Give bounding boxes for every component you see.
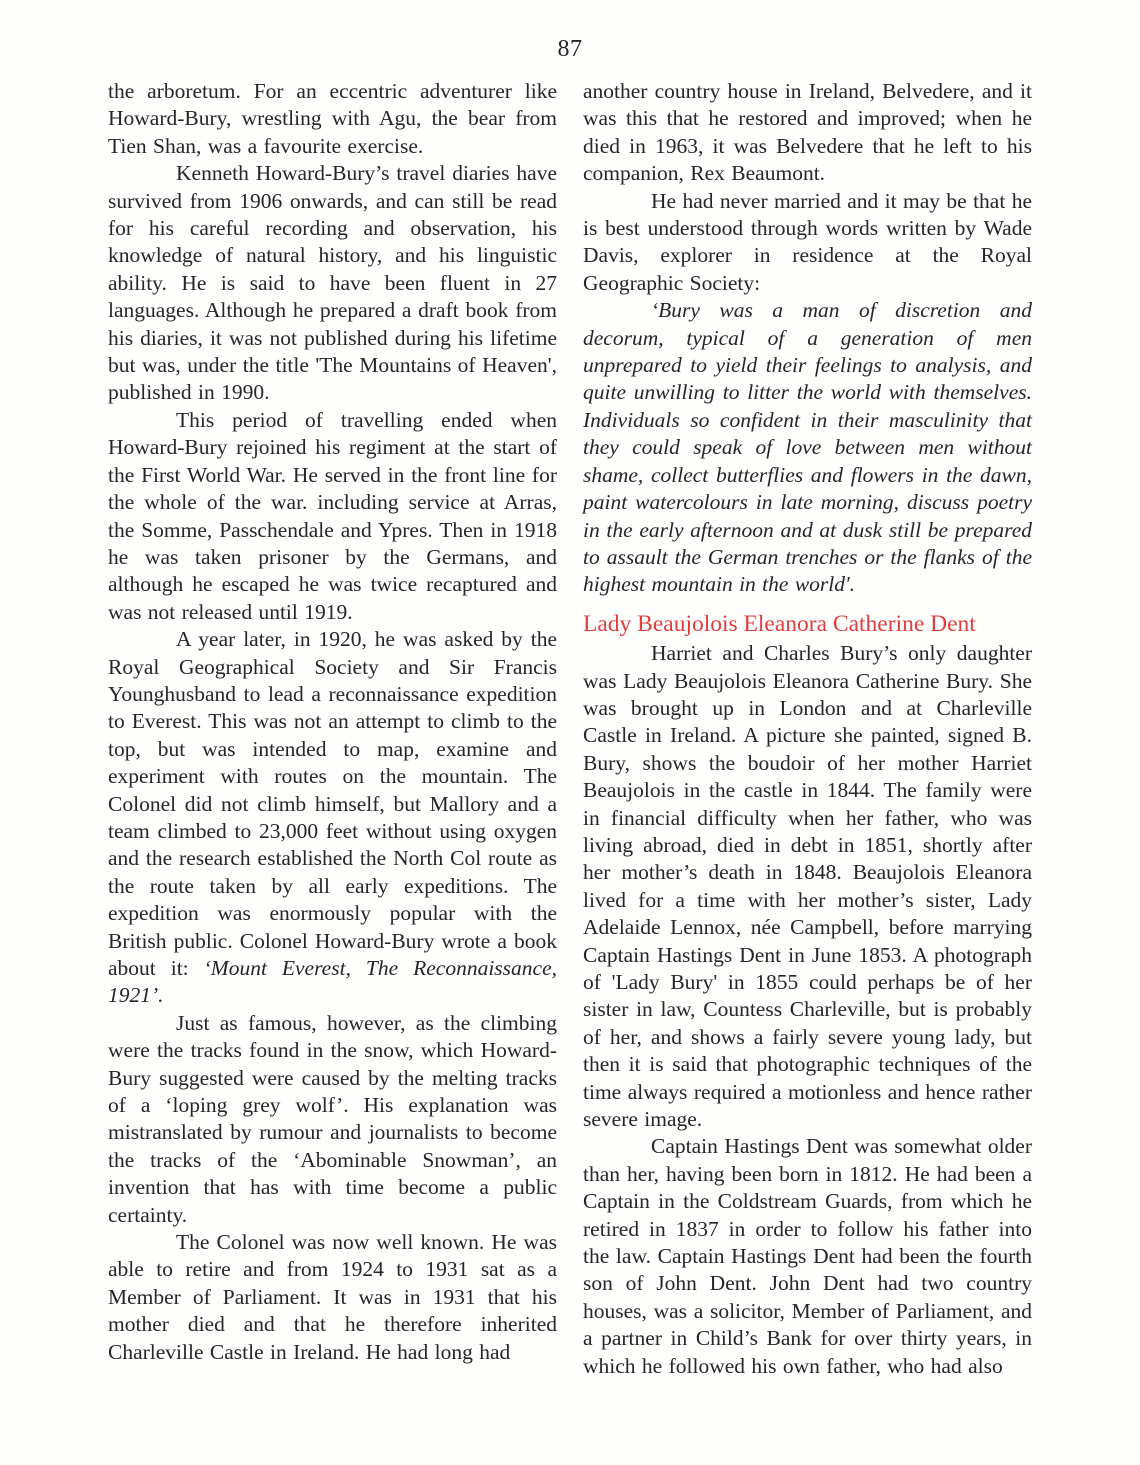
paragraph-text: A year later, in 1920, he was asked by t…	[108, 627, 557, 980]
paragraph: Harriet and Charles Bury’s only daughter…	[583, 640, 1032, 1133]
right-column: another country house in Ireland, Belved…	[583, 78, 1032, 1380]
document-page: 87 the arboretum. For an eccentric adven…	[0, 0, 1140, 1465]
quote-paragraph: ‘Bury was a man of discretion and decoru…	[583, 297, 1032, 598]
paragraph: The Colonel was now well known. He was a…	[108, 1229, 557, 1366]
paragraph: the arboretum. For an eccentric adventur…	[108, 78, 557, 160]
section-heading: Lady Beaujolois Eleanora Catherine Dent	[583, 611, 1032, 638]
paragraph: A year later, in 1920, he was asked by t…	[108, 626, 557, 1010]
left-column: the arboretum. For an eccentric adventur…	[108, 78, 557, 1380]
page-number: 87	[0, 36, 1140, 63]
paragraph: Captain Hastings Dent was somewhat older…	[583, 1133, 1032, 1380]
paragraph-text: Kenneth Howard-Bury’s travel diaries hav…	[108, 161, 557, 404]
paragraph: Just as famous, however, as the climbing…	[108, 1010, 557, 1229]
paragraph: He had never married and it may be that …	[583, 188, 1032, 298]
two-column-layout: the arboretum. For an eccentric adventur…	[108, 78, 1032, 1380]
paragraph: This period of travelling ended when How…	[108, 407, 557, 626]
paragraph: Kenneth Howard-Bury’s travel diaries hav…	[108, 160, 557, 407]
paragraph: another country house in Ireland, Belved…	[583, 78, 1032, 188]
